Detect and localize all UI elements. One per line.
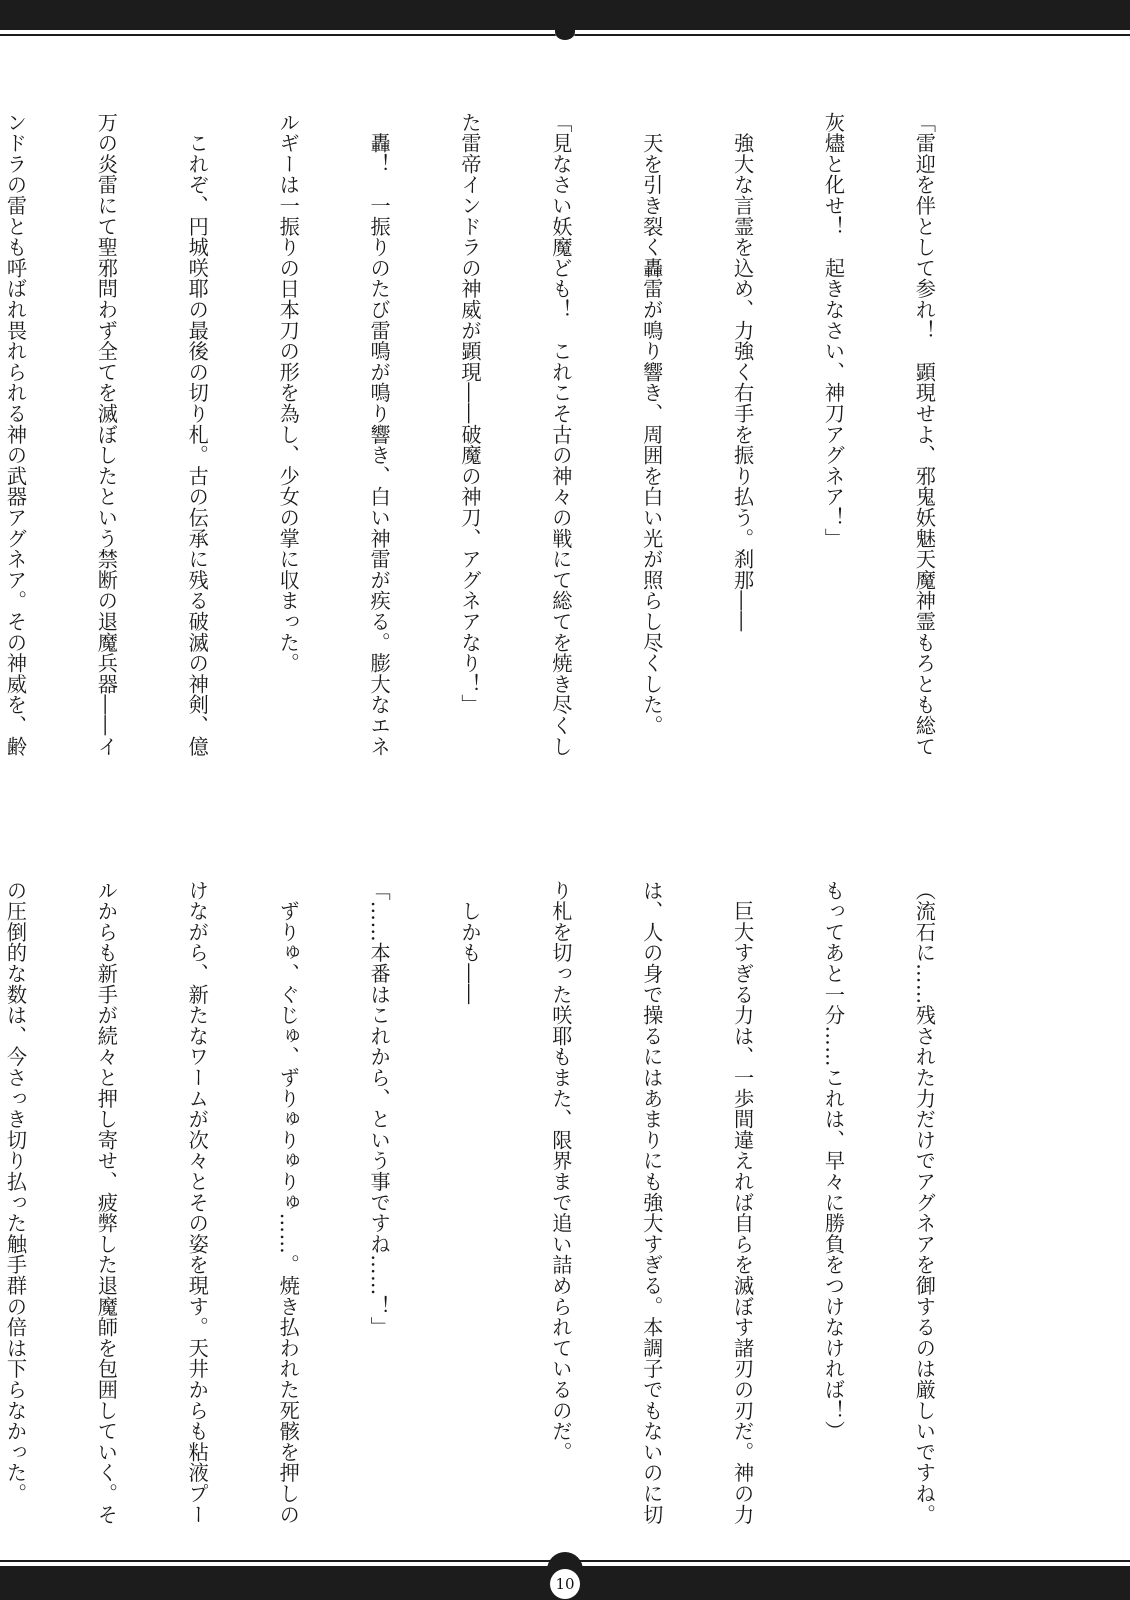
text-line: ンドラの雷とも呼ばれ畏れられる神の武器アグネア。その神威を、齢 [0, 112, 30, 732]
text-line: 巨大すぎる力は、一歩間違えれば自らを滅ぼす諸刃の刃だ。神の力 [727, 880, 757, 1500]
text-line: 万の炎雷にて聖邪問わず全てを滅ぼしたという禁断の退魔兵器――イ [91, 112, 121, 732]
text-line: 強大な言霊を込め、力強く右手を振り払う。刹那―― [727, 112, 757, 732]
text-line: 「見なさい妖魔ども！ これこそ古の神々の戦にて総てを焼き尽くし [546, 112, 576, 732]
lower-text-block: （流石に……残された力だけでアグネアを御するのは厳しいですね。 もってあと一分…… [0, 880, 1000, 1500]
text-line: ルからも新手が続々と押し寄せ、疲弊した退魔師を包囲していく。そ [91, 880, 121, 1500]
text-line: 「……本番はこれから、という事ですね……！」 [364, 880, 394, 1500]
text-line: 轟！ 一振りのたび雷鳴が鳴り響き、白い神雷が疾る。膨大なエネ [364, 112, 394, 732]
text-line: けながら、新たなワームが次々とその姿を現す。天井からも粘液プー [182, 880, 212, 1500]
text-line: （流石に……残された力だけでアグネアを御するのは厳しいですね。 [909, 880, 939, 1500]
text-line: ずりゅ、ぐじゅ、ずりゅりゅりゅ……。焼き払われた死骸を押しの [273, 880, 303, 1500]
upper-text-block: 「雷迎を伴として参れ！ 顕現せよ、邪鬼妖魅天魔神霊もろとも総て 灰燼と化せ！ 起… [0, 112, 1000, 732]
text-line: 天を引き裂く轟雷が鳴り響き、周囲を白い光が照らし尽くした。 [636, 112, 666, 732]
text-line: もってあと一分……これは、早々に勝負をつけなければ！） [818, 880, 848, 1500]
text-line: り札を切った咲耶もまた、限界まで追い詰められているのだ。 [546, 880, 576, 1500]
text-line: 「雷迎を伴として参れ！ 顕現せよ、邪鬼妖魅天魔神霊もろとも総て [909, 112, 939, 732]
page-number: 10 [550, 1569, 580, 1599]
text-line: 灰燼と化せ！ 起きなさい、神刀アグネア！」 [818, 112, 848, 732]
text-line: た雷帝インドラの神威が顕現――破魔の神刀、アグネアなり！」 [455, 112, 485, 732]
text-line: の圧倒的な数は、今さっき切り払った触手群の倍は下らなかった。 [0, 880, 30, 1500]
text-line: これぞ、円城咲耶の最後の切り札。古の伝承に残る破滅の神剣、億 [182, 112, 212, 732]
text-line: しかも―― [455, 880, 485, 1500]
text-line: は、人の身で操るにはあまりにも強大すぎる。本調子でもないのに切 [636, 880, 666, 1500]
header-notch-ornament [555, 26, 575, 42]
text-line: ルギーは一振りの日本刀の形を為し、少女の掌に収まった。 [273, 112, 303, 732]
